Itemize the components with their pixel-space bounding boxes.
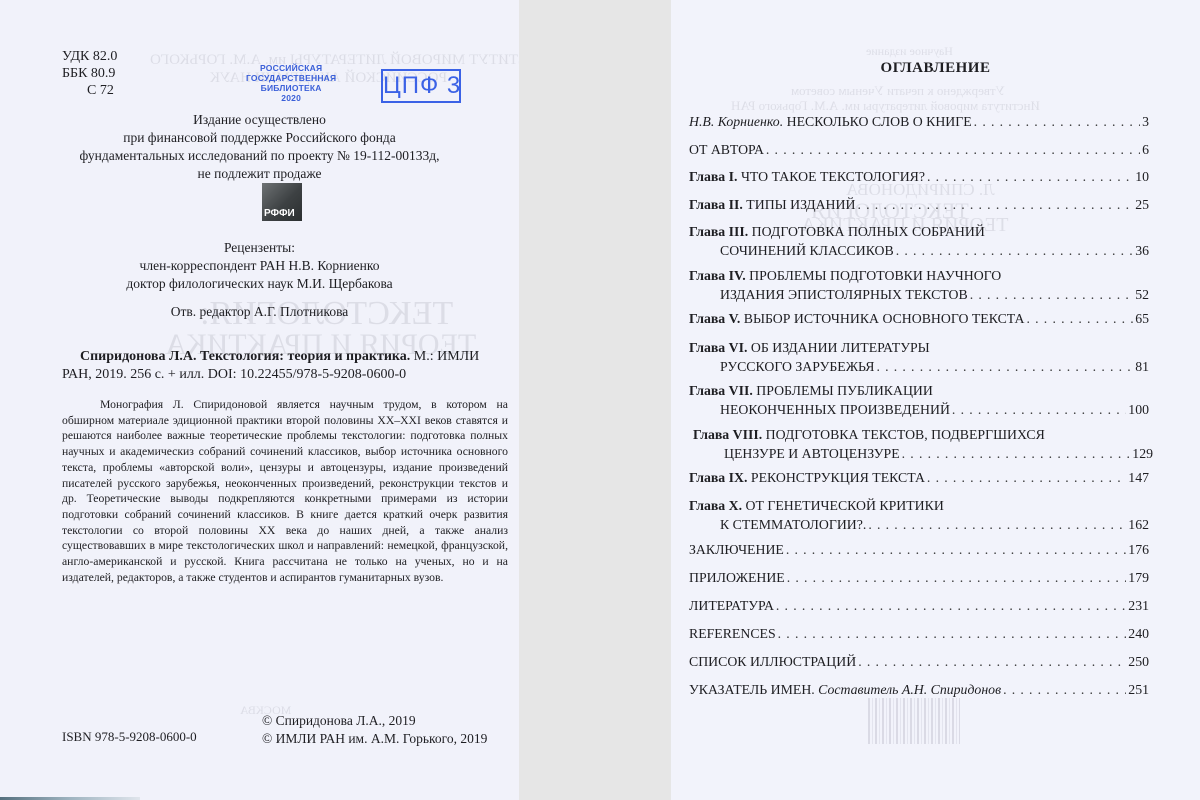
show-through-text: Научное издание: [866, 44, 953, 59]
toc-entry[interactable]: REFERENCES .............................…: [689, 624, 1149, 643]
dot-leader: ........................................…: [952, 400, 1126, 419]
reviewer: член-корреспондент РАН Н.В. Корниенко: [0, 257, 519, 275]
dot-leader: ........................................…: [974, 112, 1140, 131]
toc-entry[interactable]: Глава II. ТИПЫ ИЗДАНИЙ .................…: [689, 195, 1149, 214]
toc-entry[interactable]: Глава IV. ПРОБЛЕМЫ ПОДГОТОВКИ НАУЧНОГОИЗ…: [689, 266, 1149, 304]
toc-entry-title: Глава VII. ПРОБЛЕМЫ ПУБЛИКАЦИИ: [689, 381, 933, 400]
copyright: © Спиридонова Л.А., 2019 © ИМЛИ РАН им. …: [262, 712, 487, 748]
show-through-text: Утверждено к печати Ученым советом: [791, 83, 1005, 99]
classification-codes: УДК 82.0 ББК 80.9 С 72: [62, 48, 117, 99]
toc-entry-title: Н.В. Корниенко. НЕСКОЛЬКО СЛОВ О КНИГЕ: [689, 112, 972, 131]
chapter-label: Глава IV.: [689, 268, 749, 283]
toc-entry[interactable]: Глава III. ПОДГОТОВКА ПОЛНЫХ СОБРАНИЙСОЧ…: [689, 222, 1149, 260]
toc-entry[interactable]: Глава VII. ПРОБЛЕМЫ ПУБЛИКАЦИИНЕОКОНЧЕНН…: [689, 381, 1149, 419]
page-number: 147: [1128, 468, 1149, 487]
isbn: ISBN 978-5-9208-0600-0: [62, 729, 197, 745]
toc-entry-title: Глава III. ПОДГОТОВКА ПОЛНЫХ СОБРАНИЙ: [689, 222, 985, 241]
dot-leader: ........................................…: [876, 357, 1133, 376]
funding-line: Издание осуществлено: [0, 111, 519, 129]
dot-leader: ........................................…: [927, 167, 1133, 186]
toc-entry-title: УКАЗАТЕЛЬ ИМЕН. Составитель А.Н. Спиридо…: [689, 680, 1001, 699]
toc-entry[interactable]: ЛИТЕРАТУРА .............................…: [689, 596, 1149, 615]
page-number: 179: [1128, 568, 1149, 587]
toc-entry-title: ИЗДАНИЯ ЭПИСТОЛЯРНЫХ ТЕКСТОВ: [720, 285, 968, 304]
rffi-logo-text: РФФИ: [264, 208, 295, 219]
page-number: 52: [1135, 285, 1149, 304]
funding-line: фундаментальных исследований по проекту …: [0, 147, 519, 165]
toc-entry[interactable]: Глава I. ЧТО ТАКОЕ ТЕКСТОЛОГИЯ? ........…: [689, 167, 1149, 186]
dot-leader: ........................................…: [787, 568, 1127, 587]
stamp-line: РОССИЙСКАЯ: [246, 63, 336, 73]
toc-title: ОГЛАВЛЕНИЕ: [671, 60, 1200, 77]
page-number: 251: [1128, 680, 1149, 699]
toc-entry-title: РУССКОГО ЗАРУБЕЖЬЯ: [720, 357, 874, 376]
page-number: 65: [1135, 309, 1149, 328]
chapter-label: Глава I.: [689, 169, 741, 184]
dot-leader: ........................................…: [970, 285, 1133, 304]
copyright-line: © Спиридонова Л.А., 2019: [262, 712, 487, 730]
chapter-label: Глава VI.: [689, 340, 751, 355]
left-page-copyright: ИНСТИТУТ МИРОВОЙ ЛИТЕРАТУРЫ им. А.М. ГОР…: [0, 0, 519, 800]
funding-line: не подлежит продаже: [0, 165, 519, 183]
gutter: [519, 0, 671, 800]
toc-entry[interactable]: Глава VI. ОБ ИЗДАНИИ ЛИТЕРАТУРЫРУССКОГО …: [689, 338, 1149, 376]
dot-leader: ........................................…: [868, 515, 1126, 534]
dot-leader: ........................................…: [857, 195, 1133, 214]
toc-entry[interactable]: ПРИЛОЖЕНИЕ .............................…: [689, 568, 1149, 587]
toc-entry-title: Глава V. ВЫБОР ИСТОЧНИКА ОСНОВНОГО ТЕКСТ…: [689, 309, 1025, 328]
funding-line: при финансовой поддержке Российского фон…: [0, 129, 519, 147]
compiler-name: Составитель А.Н. Спиридонов: [815, 682, 1001, 697]
chapter-label: Глава VII.: [689, 383, 756, 398]
cpf-stamp: ЦПФ 3: [381, 69, 461, 103]
dot-leader: ........................................…: [776, 596, 1126, 615]
page-number: 25: [1135, 195, 1149, 214]
stamp-line: 2020: [246, 93, 336, 103]
toc-entry[interactable]: Глава VIII. ПОДГОТОВКА ТЕКСТОВ, ПОДВЕРГШ…: [693, 425, 1153, 463]
dot-leader: ........................................…: [902, 444, 1131, 463]
toc-entry-title: СПИСОК ИЛЛЮСТРАЦИЙ: [689, 652, 856, 671]
chapter-label: Глава X.: [689, 498, 746, 513]
reviewers-label: Рецензенты:: [0, 239, 519, 257]
page-number: 162: [1128, 515, 1149, 534]
toc-entry[interactable]: Глава X. ОТ ГЕНЕТИЧЕСКОЙ КРИТИКИК СТЕММА…: [689, 496, 1149, 534]
page-number: 129: [1132, 444, 1153, 463]
toc-entry[interactable]: Глава V. ВЫБОР ИСТОЧНИКА ОСНОВНОГО ТЕКСТ…: [689, 309, 1149, 328]
funding-note: Издание осуществлено при финансовой подд…: [0, 111, 519, 183]
chapter-label: Глава III.: [689, 224, 752, 239]
chapter-label: Глава V.: [689, 311, 744, 326]
page-number: 36: [1135, 241, 1149, 260]
author-name: Н.В. Корниенко.: [689, 114, 787, 129]
author-mark: С 72: [62, 82, 117, 99]
page-number: 81: [1135, 357, 1149, 376]
dot-leader: ........................................…: [896, 241, 1133, 260]
toc-entry-title: ОТ АВТОРА: [689, 140, 764, 159]
page-number: 240: [1128, 624, 1149, 643]
bbk-code: ББК 80.9: [62, 65, 117, 82]
library-stamp: РОССИЙСКАЯ ГОСУДАРСТВЕННАЯ БИБЛИОТЕКА 20…: [246, 63, 336, 103]
page-number: 10: [1135, 167, 1149, 186]
toc-entry[interactable]: ЗАКЛЮЧЕНИЕ .............................…: [689, 540, 1149, 559]
toc-entry-title: ЦЕНЗУРЕ И АВТОЦЕНЗУРЕ: [724, 444, 900, 463]
dot-leader: ........................................…: [858, 652, 1126, 671]
toc-entry-title: ЛИТЕРАТУРА: [689, 596, 774, 615]
page-number: 231: [1128, 596, 1149, 615]
toc-entry-title: НЕОКОНЧЕННЫХ ПРОИЗВЕДЕНИЙ: [720, 400, 950, 419]
dot-leader: ........................................…: [927, 468, 1126, 487]
dot-leader: ........................................…: [1027, 309, 1134, 328]
toc-entry-title: ЗАКЛЮЧЕНИЕ: [689, 540, 784, 559]
toc-entry-title: Глава IX. РЕКОНСТРУКЦИЯ ТЕКСТА: [689, 468, 925, 487]
page-number: 100: [1128, 400, 1149, 419]
stamp-line: БИБЛИОТЕКА: [246, 83, 336, 93]
udk-code: УДК 82.0: [62, 48, 117, 65]
toc-entry[interactable]: УКАЗАТЕЛЬ ИМЕН. Составитель А.Н. Спиридо…: [689, 680, 1149, 699]
reviewers: Рецензенты: член-корреспондент РАН Н.В. …: [0, 239, 519, 293]
toc-entry-title: К СТЕММАТОЛОГИИ?.: [720, 515, 866, 534]
dot-leader: ........................................…: [778, 624, 1127, 643]
dot-leader: ........................................…: [766, 140, 1140, 159]
page-number: 250: [1128, 652, 1149, 671]
toc-entry[interactable]: Глава IX. РЕКОНСТРУКЦИЯ ТЕКСТА .........…: [689, 468, 1149, 487]
toc-entry-title: Глава I. ЧТО ТАКОЕ ТЕКСТОЛОГИЯ?: [689, 167, 925, 186]
dot-leader: ........................................…: [1003, 680, 1126, 699]
page-number: 6: [1142, 140, 1149, 159]
page-number: 176: [1128, 540, 1149, 559]
toc-entry-title: Глава X. ОТ ГЕНЕТИЧЕСКОЙ КРИТИКИ: [689, 496, 944, 515]
toc-entry[interactable]: ОТ АВТОРА ..............................…: [689, 140, 1149, 159]
abstract: Монография Л. Спиридоновой является науч…: [62, 397, 508, 585]
stamp-line: ГОСУДАРСТВЕННАЯ: [246, 73, 336, 83]
barcode-show-through: [868, 698, 960, 744]
copyright-line: © ИМЛИ РАН им. А.М. Горького, 2019: [262, 730, 487, 748]
toc-entry[interactable]: Н.В. Корниенко. НЕСКОЛЬКО СЛОВ О КНИГЕ .…: [689, 112, 1149, 131]
chapter-label: Глава VIII.: [693, 427, 766, 442]
reviewer: доктор филологических наук М.И. Щербаков…: [0, 275, 519, 293]
bibliographic-citation: Спиридонова Л.А. Текстология: теория и п…: [62, 348, 504, 383]
toc-entry-title: Глава VI. ОБ ИЗДАНИИ ЛИТЕРАТУРЫ: [689, 338, 930, 357]
toc-entry-title: ПРИЛОЖЕНИЕ: [689, 568, 785, 587]
toc-entry[interactable]: СПИСОК ИЛЛЮСТРАЦИЙ .....................…: [689, 652, 1149, 671]
chapter-label: Глава IX.: [689, 470, 751, 485]
page-number: 3: [1142, 112, 1149, 131]
toc-entry-title: Глава IV. ПРОБЛЕМЫ ПОДГОТОВКИ НАУЧНОГО: [689, 266, 1001, 285]
toc-entry-title: СОЧИНЕНИЙ КЛАССИКОВ: [720, 241, 894, 260]
chapter-label: Глава II.: [689, 197, 746, 212]
citation-title: Спиридонова Л.А. Текстология: теория и п…: [80, 349, 410, 364]
rffi-logo: РФФИ: [262, 183, 302, 221]
editor: Отв. редактор А.Г. Плотникова: [0, 303, 519, 321]
toc-entry-title: Глава II. ТИПЫ ИЗДАНИЙ: [689, 195, 855, 214]
dot-leader: ........................................…: [786, 540, 1126, 559]
toc-entry-title: Глава VIII. ПОДГОТОВКА ТЕКСТОВ, ПОДВЕРГШ…: [693, 425, 1045, 444]
toc-entry-title: REFERENCES: [689, 624, 776, 643]
